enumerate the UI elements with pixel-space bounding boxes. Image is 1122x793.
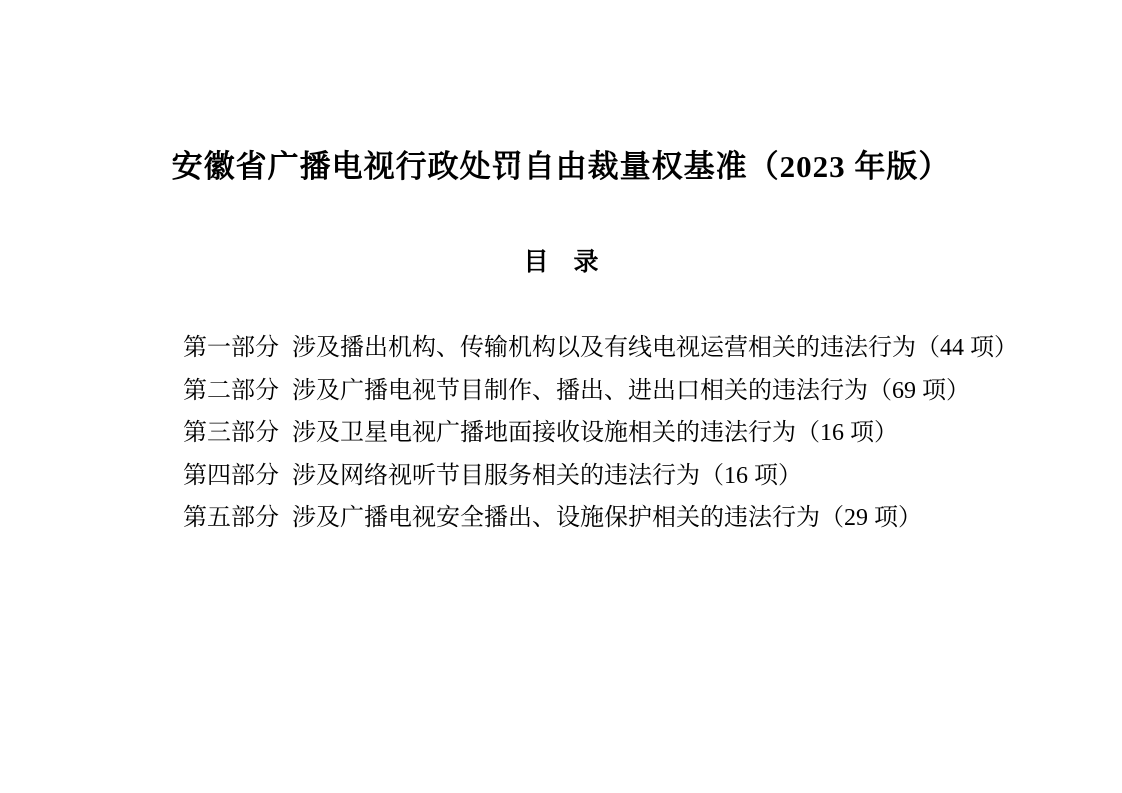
toc-item-text: 涉及网络视听节目服务相关的违法行为（16 项）	[292, 463, 802, 489]
toc-item-part: 第五部分	[183, 505, 279, 531]
toc-item: 第五部分涉及广播电视安全播出、设施保护相关的违法行为（29 项）	[183, 497, 1082, 540]
toc-list: 第一部分涉及播出机构、传输机构以及有线电视运营相关的违法行为（44 项） 第二部…	[183, 327, 1082, 540]
toc-item-part: 第四部分	[183, 463, 279, 489]
toc-item: 第二部分涉及广播电视节目制作、播出、进出口相关的违法行为（69 项）	[183, 370, 1082, 413]
toc-item-text: 涉及卫星电视广播地面接收设施相关的违法行为（16 项）	[292, 420, 898, 446]
toc-item-part: 第三部分	[183, 420, 279, 446]
toc-item-text: 涉及播出机构、传输机构以及有线电视运营相关的违法行为（44 项）	[292, 335, 1018, 361]
toc-item: 第一部分涉及播出机构、传输机构以及有线电视运营相关的违法行为（44 项）	[183, 327, 1082, 370]
toc-item-part: 第一部分	[183, 335, 279, 361]
document-title: 安徽省广播电视行政处罚自由裁量权基准（2023 年版）	[0, 149, 1122, 185]
toc-item-part: 第二部分	[183, 378, 279, 404]
toc-item-text: 涉及广播电视节目制作、播出、进出口相关的违法行为（69 项）	[292, 378, 970, 404]
toc-item: 第四部分涉及网络视听节目服务相关的违法行为（16 项）	[183, 455, 1082, 498]
document-page: 安徽省广播电视行政处罚自由裁量权基准（2023 年版） 目 录 第一部分涉及播出…	[0, 0, 1122, 793]
toc-item: 第三部分涉及卫星电视广播地面接收设施相关的违法行为（16 项）	[183, 412, 1082, 455]
toc-heading: 目 录	[0, 247, 1122, 277]
toc-item-text: 涉及广播电视安全播出、设施保护相关的违法行为（29 项）	[292, 505, 922, 531]
